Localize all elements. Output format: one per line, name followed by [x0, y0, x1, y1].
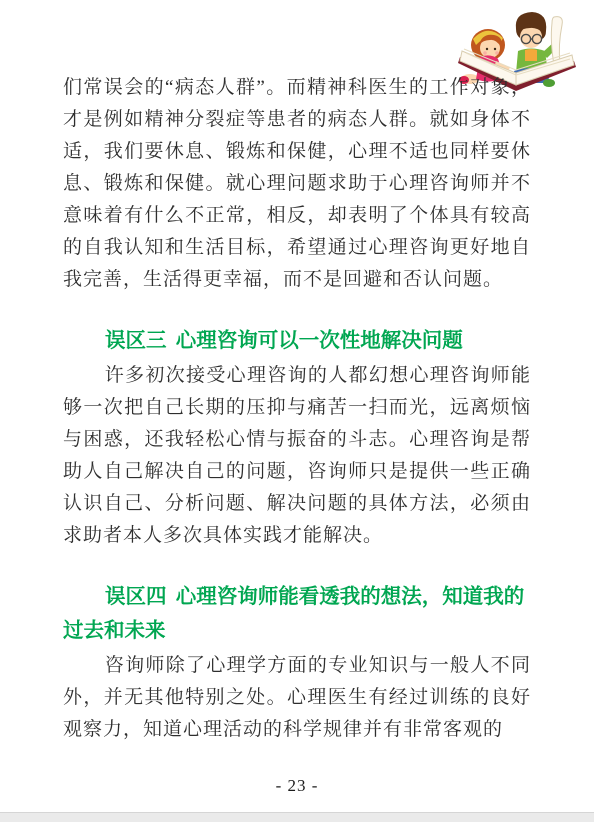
section-body-misconception-4: 咨询师除了心理学方面的专业知识与一般人不同外，并无其他特别之处。心理医生有经过训…: [63, 650, 531, 746]
intro-paragraph: 们常误会的“病态人群”。而精神科医生的工作对象，才是例如精神分裂症等患者的病态人…: [63, 72, 531, 296]
section-heading-misconception-3: 误区三心理咨询可以一次性地解决问题: [63, 324, 531, 358]
section-label: 误区三: [105, 329, 167, 352]
page-content: 们常误会的“病态人群”。而精神科医生的工作对象，才是例如精神分裂症等患者的病态人…: [63, 0, 531, 746]
page-number: - 23 -: [0, 770, 594, 802]
section-body-misconception-3: 许多初次接受心理咨询的人都幻想心理咨询师能够一次把自己长期的压抑与痛苦一扫而光，…: [63, 360, 531, 552]
book-page: 们常误会的“病态人群”。而精神科医生的工作对象，才是例如精神分裂症等患者的病态人…: [0, 0, 594, 822]
scan-edge-shadow: [0, 812, 594, 822]
section-title: 心理咨询可以一次性地解决问题: [176, 329, 463, 352]
section-heading-misconception-4: 误区四心理咨询师能看透我的想法，知道我的过去和未来: [63, 580, 531, 648]
section-label: 误区四: [105, 585, 167, 608]
